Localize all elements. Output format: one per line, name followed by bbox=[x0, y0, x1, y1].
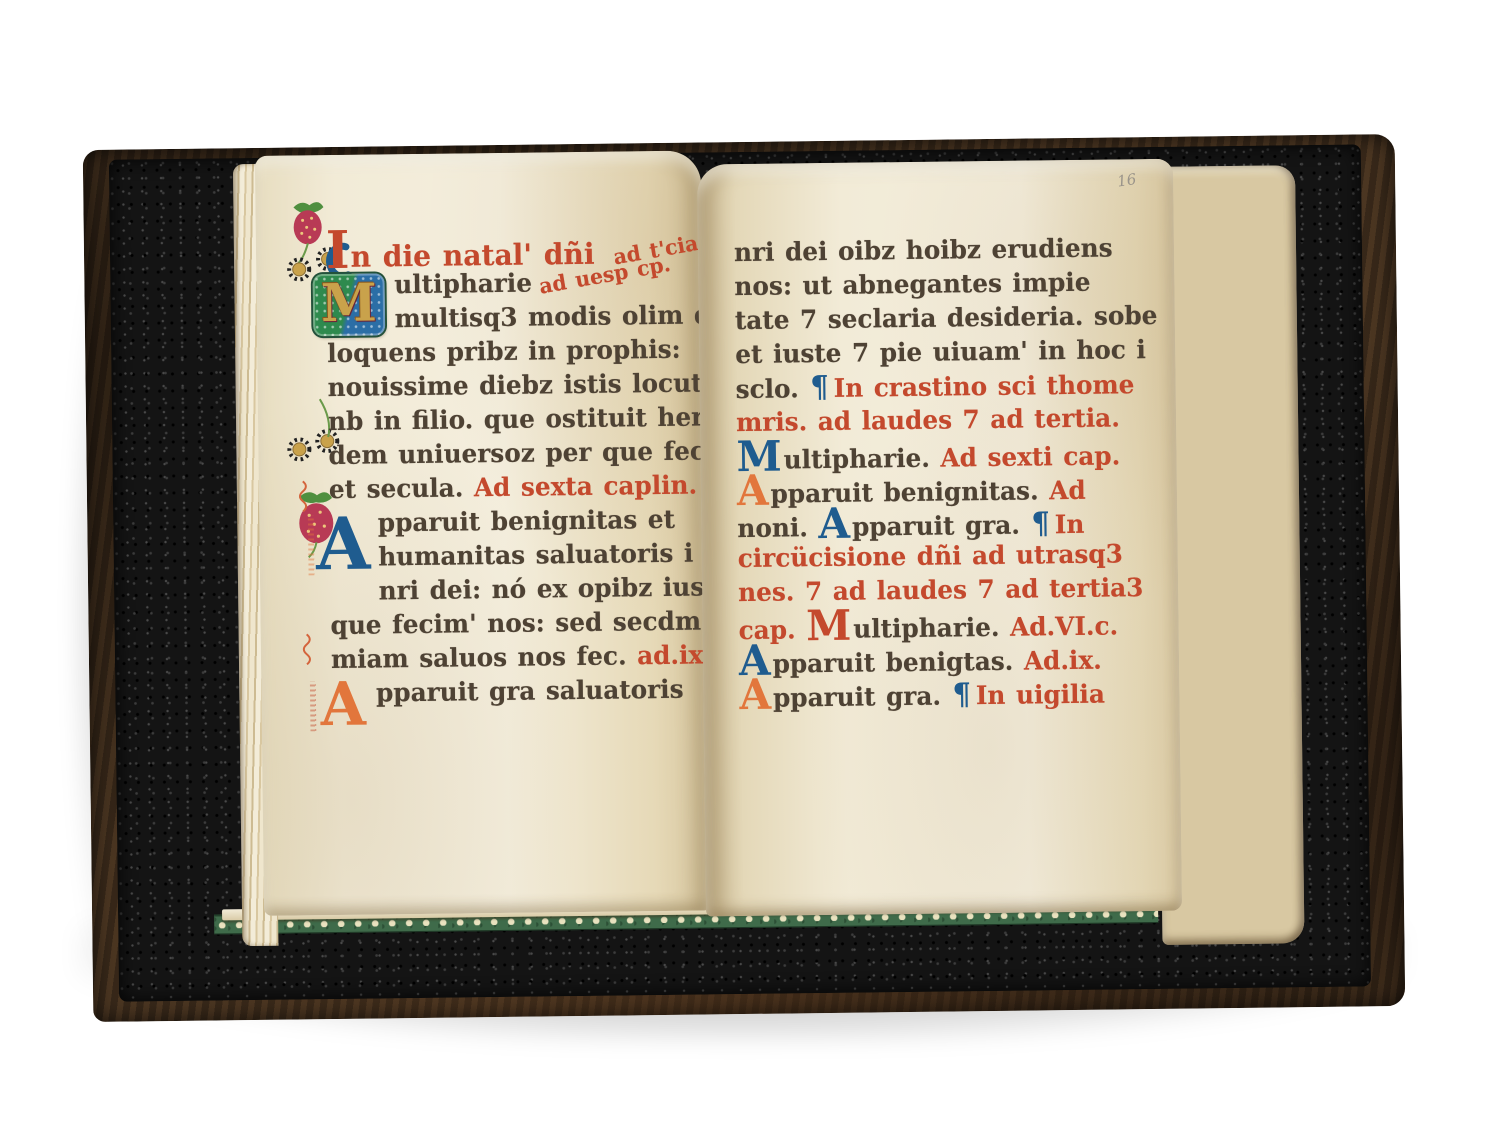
text-segment: nri dei oibz hoibz erudiens bbox=[734, 233, 1113, 268]
text-segment: pparuit gra saluatoris bbox=[376, 675, 684, 709]
text-segment: noni. bbox=[737, 513, 818, 544]
text-line: nes. 7 ad laudes 7 ad tertia3 bbox=[738, 571, 1150, 610]
right-page-text: nri dei oibz hoibz erudiensnos: ut abneg… bbox=[734, 231, 1164, 712]
text-segment: tate 7 seclaria desideria. sobe bbox=[735, 301, 1158, 336]
initial-letter: I bbox=[326, 236, 350, 266]
text-segment: que fecim' nos: sed secdm sua bbox=[330, 606, 759, 641]
text-line: noni. Apparuit gra. ¶In bbox=[737, 503, 1149, 542]
text-segment: Ad.VI.c. bbox=[1010, 611, 1119, 642]
text-line: Apparuit benignitas et bbox=[329, 503, 692, 541]
manuscript-book: In die natal' dñi ad t'cia etMultipharie… bbox=[83, 134, 1406, 1022]
text-line: sclo. ¶In crastino sci thome bbox=[735, 367, 1147, 406]
initial-letter: A bbox=[739, 680, 771, 710]
text-line: Apparuit benignitas. Ad bbox=[737, 469, 1149, 508]
initial-letter: M bbox=[806, 611, 851, 642]
text-line: Multiphariead uesp cp. bbox=[326, 265, 689, 303]
text-line: cap. Multipharie. Ad.VI.c. bbox=[738, 605, 1150, 644]
text-line: nri dei: nó ex opibz iusticie bbox=[330, 571, 693, 609]
text-line: miam saluos nos fec. ad.ix. bbox=[331, 639, 694, 677]
penwork-squiggle bbox=[304, 634, 310, 664]
paraph-mark: ¶ bbox=[1031, 506, 1050, 541]
paraph-mark: ¶ bbox=[810, 370, 829, 405]
left-page: In die natal' dñi ad t'cia etMultipharie… bbox=[255, 150, 710, 915]
text-segment: circücisione dñi ad utrasq3 bbox=[738, 539, 1123, 574]
paraph-mark: ¶ bbox=[952, 677, 971, 712]
text-line: nos: ut abnegantes impie bbox=[734, 265, 1146, 304]
text-segment: Ad sexta caplin. bbox=[474, 471, 698, 504]
photo-backdrop: { "book": { "left_page": { "lines": [ [{… bbox=[0, 0, 1500, 1125]
text-line: dem uniuersoz per que fec bbox=[328, 435, 691, 473]
text-segment: nes. 7 ad laudes 7 ad tertia3 bbox=[738, 573, 1144, 608]
text-line: multisq3 modis olim de bbox=[327, 299, 690, 337]
text-segment: ultipharie. bbox=[783, 444, 940, 476]
text-segment: loquens pribz in prophis: bbox=[327, 335, 681, 369]
text-segment: pparuit benignitas et bbox=[378, 505, 676, 539]
text-segment: Ad.ix. bbox=[1024, 646, 1102, 677]
text-segment: ultipharie. bbox=[853, 613, 1010, 645]
left-page-text: In die natal' dñi ad t'cia etMultipharie… bbox=[326, 231, 706, 734]
text-line: loquens pribz in prophis: bbox=[327, 333, 690, 371]
initial-letter: A bbox=[818, 509, 850, 539]
text-segment: multisq3 modis olim de bbox=[395, 300, 728, 334]
text-segment: Ad bbox=[1049, 476, 1086, 506]
text-segment: nos: ut abnegantes impie bbox=[734, 268, 1090, 302]
text-line: circücisione dñi ad utrasq3 bbox=[738, 537, 1150, 576]
right-page: 16 nri dei oibz hoibz erudiensnos: ut ab… bbox=[697, 159, 1182, 917]
text-line: Apparuit benigtas. Ad.ix. bbox=[739, 639, 1151, 678]
text-segment: sclo. bbox=[736, 374, 810, 405]
initial-letter: A bbox=[737, 476, 769, 506]
text-segment: nb in filio. que ostituit here bbox=[328, 402, 720, 437]
text-line: nb in filio. que ostituit here bbox=[328, 401, 691, 439]
text-line: et secula. Ad sexta caplin. bbox=[329, 469, 692, 507]
folio-number: 16 bbox=[1116, 170, 1138, 191]
text-line: humanitas saluatoris i bbox=[330, 537, 693, 575]
text-line: nouissime diebz istis locut'e bbox=[327, 367, 690, 405]
text-segment: In crastino sci thome bbox=[833, 370, 1134, 404]
text-line: mris. ad laudes 7 ad tertia. bbox=[736, 401, 1148, 440]
text-segment: humanitas saluatoris i bbox=[378, 539, 693, 573]
text-line: et iuste 7 pie uiuam' in hoc i bbox=[735, 333, 1147, 372]
text-line: tate 7 seclaria desideria. sobe bbox=[735, 299, 1147, 338]
text-segment: In bbox=[1055, 510, 1085, 540]
initial-letter: A bbox=[318, 679, 369, 734]
text-segment: miam saluos nos fec. bbox=[331, 641, 638, 675]
text-segment: nouissime diebz istis locut'e bbox=[327, 368, 726, 403]
text-line: Apparuit gra saluatoris bbox=[331, 673, 694, 711]
text-segment: et iuste 7 pie uiuam' in hoc i bbox=[735, 335, 1146, 370]
text-segment: In uigilia bbox=[976, 680, 1105, 712]
text-line: Multipharie. Ad sexti cap. bbox=[736, 435, 1148, 474]
text-segment: ultipharie bbox=[394, 269, 532, 301]
text-line: que fecim' nos: sed secdm sua bbox=[330, 605, 693, 643]
text-segment: dem uniuersoz per que fec bbox=[328, 436, 705, 471]
text-segment: pparuit gra. bbox=[773, 681, 952, 713]
text-line: Apparuit gra. ¶In uigilia bbox=[739, 673, 1151, 712]
text-segment: ad.ix. bbox=[637, 640, 712, 671]
text-line: nri dei oibz hoibz erudiens bbox=[734, 231, 1146, 270]
text-segment: mris. ad laudes 7 ad tertia. bbox=[736, 403, 1120, 438]
